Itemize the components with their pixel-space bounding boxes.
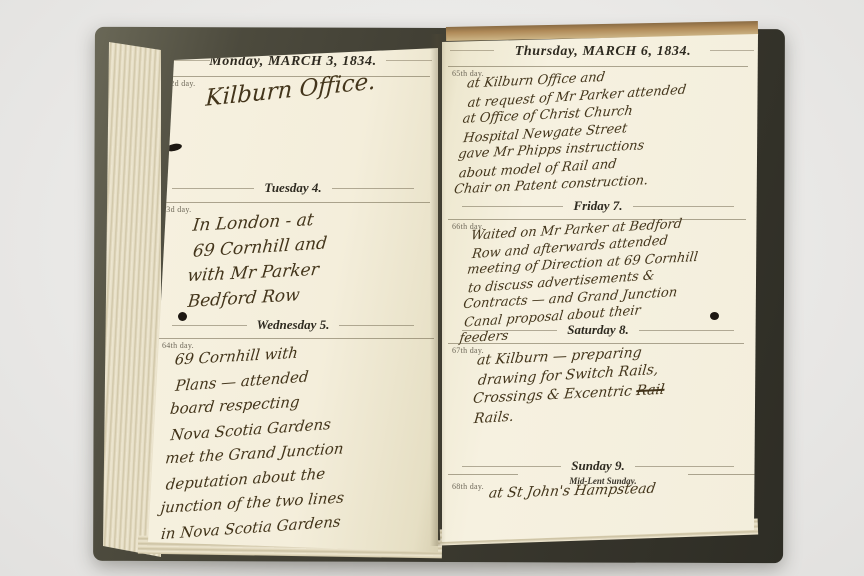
diary-page-right: Thursday, MARCH 6, 1834. 65th day. at Ki… [438, 30, 768, 545]
header-rule-right [386, 60, 432, 61]
header-rule-left [450, 50, 494, 51]
diary-page-left: Monday, MARCH 3, 1834. 62d day. Kilburn … [148, 46, 438, 554]
section-rule [448, 66, 748, 67]
header-rule-right [710, 50, 754, 51]
day-number-label: 63d day. [162, 205, 191, 214]
heading-rule [462, 330, 557, 331]
heading-rule [172, 188, 254, 189]
section-rule [158, 338, 434, 339]
section-rule [688, 474, 758, 475]
entry-tuesday: In London - at69 Cornhill andwith Mr Par… [183, 207, 327, 315]
section-rule [448, 474, 518, 475]
entry-thursday: at Kilburn Office andat request of Mr Pa… [453, 65, 686, 200]
heading-rule [462, 466, 561, 467]
entry-saturday: at Kilburn — preparingdrawing for Switch… [470, 342, 670, 429]
heading-rule [462, 206, 563, 207]
section-rule [448, 343, 744, 344]
page-gutter-shadow [430, 34, 446, 546]
heading-rule [635, 466, 734, 467]
day-number-label: 68th day. [452, 482, 484, 491]
section-heading-wednesday: Wednesday 5. [162, 317, 424, 333]
section-rule [158, 202, 430, 203]
heading-rule [339, 325, 414, 326]
heading-rule [332, 188, 414, 189]
section-heading-friday: Friday 7. [452, 198, 744, 214]
section-heading-sunday: Sunday 9. [452, 458, 744, 474]
heading-rule [172, 325, 247, 326]
entry-monday: Kilburn Office. [205, 68, 376, 112]
page-title: Thursday, MARCH 6, 1834. [438, 44, 768, 60]
heading-rule [633, 206, 734, 207]
entry-wednesday: 69 Cornhill withPlans — attendedboard re… [157, 337, 360, 546]
section-heading-saturday: Saturday 8. [452, 322, 744, 338]
ink-blot [710, 312, 719, 320]
struck-word: Rail [635, 382, 665, 399]
heading-rule [639, 330, 734, 331]
diary-photo-scene: Monday, MARCH 3, 1834. 62d day. Kilburn … [0, 0, 864, 576]
section-heading-tuesday: Tuesday 4. [162, 180, 424, 196]
